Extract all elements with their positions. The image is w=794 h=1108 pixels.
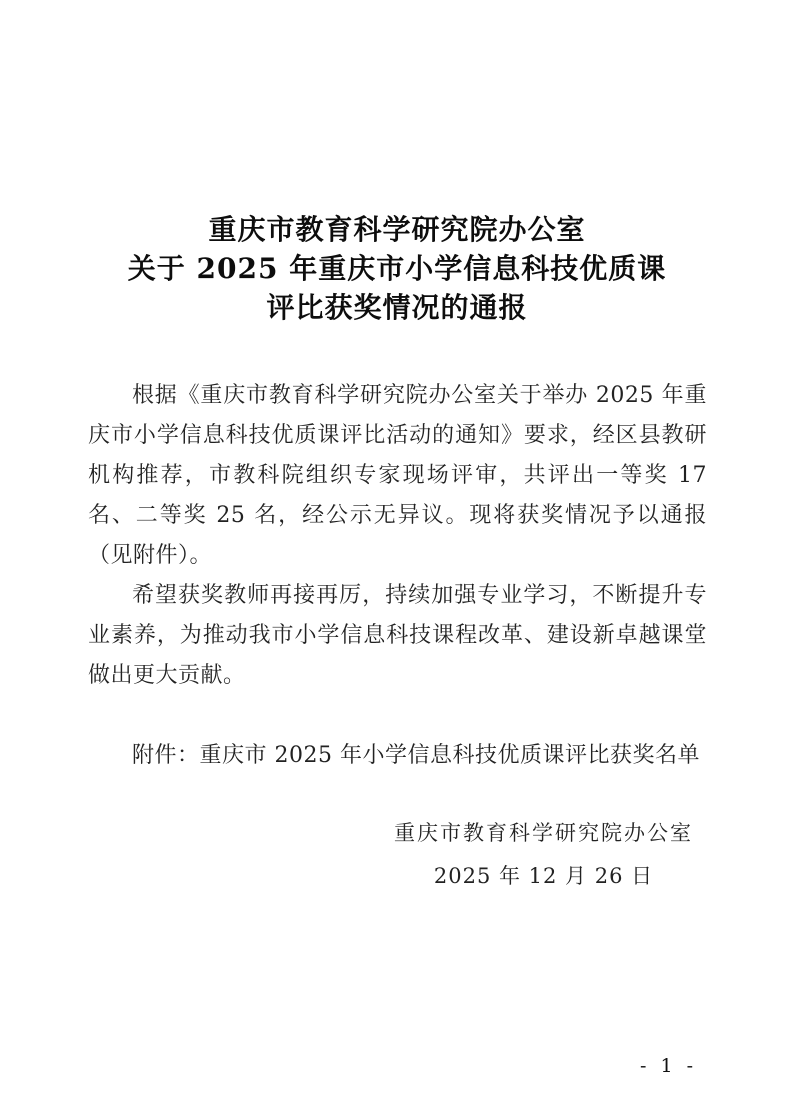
signature-date: 2025 年 12 月 26 日	[394, 855, 693, 898]
title-line-1: 重庆市教育科学研究院办公室	[0, 210, 794, 249]
page-number: - 1 -	[640, 1055, 697, 1077]
signature-block: 重庆市教育科学研究院办公室 2025 年 12 月 26 日	[394, 812, 693, 898]
document-title: 重庆市教育科学研究院办公室 关于 2025 年重庆市小学信息科技优质课 评比获奖…	[0, 210, 794, 327]
paragraph-encouragement: 希望获奖教师再接再厉，持续加强专业学习，不断提升专业素养，为推动我市小学信息科技…	[88, 576, 707, 696]
document-body: 根据《重庆市教育科学研究院办公室关于举办 2025 年重庆市小学信息科技优质课评…	[88, 376, 707, 776]
title-line-3: 评比获奖情况的通报	[0, 288, 794, 327]
attachment-line: 附件：重庆市 2025 年小学信息科技优质课评比获奖名单	[88, 736, 707, 776]
signature-org: 重庆市教育科学研究院办公室	[394, 812, 693, 855]
paragraph-basis: 根据《重庆市教育科学研究院办公室关于举办 2025 年重庆市小学信息科技优质课评…	[88, 376, 707, 576]
title-line-2: 关于 2025 年重庆市小学信息科技优质课	[0, 249, 794, 288]
document-page: 重庆市教育科学研究院办公室 关于 2025 年重庆市小学信息科技优质课 评比获奖…	[0, 0, 794, 1108]
